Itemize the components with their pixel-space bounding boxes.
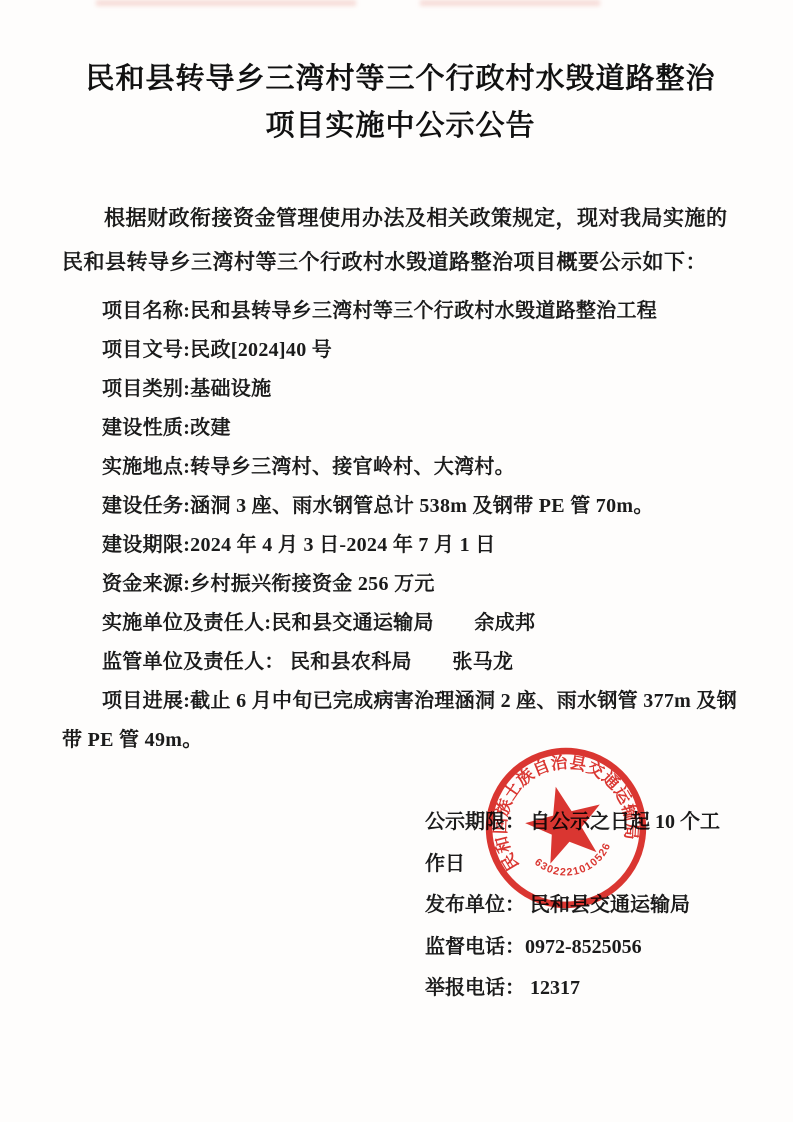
announcement-page: 民和县转导乡三湾村等三个行政村水毁道路整治 项目实施中公示公告 根据财政衔接资金… <box>0 0 793 1122</box>
report-phone-line: 举报电话： 12317 <box>425 968 739 1010</box>
field-construction-nature: 建设性质:改建 <box>62 409 739 448</box>
field-implementing-unit: 实施单位及责任人:民和县交通运输局 余成邦 <box>62 604 739 643</box>
field-label: 资金来源: <box>102 573 190 595</box>
field-label: 实施单位及责任人: <box>102 612 271 634</box>
intro-paragraph: 根据财政衔接资金管理使用办法及相关政策规定，现对我局实施的民和县转导乡三湾村等三… <box>62 196 739 284</box>
field-value: 2024 年 4 月 3 日-2024 年 7 月 1 日 <box>190 534 495 556</box>
publisher-line: 发布单位： 民和县交通运输局 <box>425 885 739 927</box>
footer-block: 公示期限： 自公示之日起 10 个工作日 发布单位： 民和县交通运输局 监督电话… <box>425 802 739 1010</box>
field-document-number: 项目文号:民政[2024]40 号 <box>62 331 739 370</box>
field-label: 建设任务: <box>102 495 190 517</box>
field-label: 实施地点: <box>102 456 190 478</box>
supervision-phone-line: 监督电话：0972-8525056 <box>425 927 739 969</box>
title-line-1: 民和县转导乡三湾村等三个行政村水毁道路整治 <box>85 63 715 95</box>
field-value: 基础设施 <box>190 378 271 400</box>
field-project-category: 项目类别:基础设施 <box>62 370 739 409</box>
field-supervising-unit: 监管单位及责任人： 民和县农科局 张马龙 <box>62 643 739 682</box>
field-implementation-site: 实施地点:转导乡三湾村、接官岭村、大湾村。 <box>62 448 739 487</box>
field-funding-source: 资金来源:乡村振兴衔接资金 256 万元 <box>62 565 739 604</box>
field-label: 建设期限: <box>102 534 190 556</box>
field-value: 转导乡三湾村、接官岭村、大湾村。 <box>190 456 515 478</box>
field-label: 项目进展: <box>102 690 190 712</box>
field-construction-period: 建设期限:2024 年 4 月 3 日-2024 年 7 月 1 日 <box>62 526 739 565</box>
field-value: 乡村振兴衔接资金 256 万元 <box>190 573 435 595</box>
page-title: 民和县转导乡三湾村等三个行政村水毁道路整治 项目实施中公示公告 <box>62 56 739 150</box>
field-label: 建设性质: <box>102 417 190 439</box>
field-project-name: 项目名称:民和县转导乡三湾村等三个行政村水毁道路整治工程 <box>62 292 739 331</box>
document-content: 民和县转导乡三湾村等三个行政村水毁道路整治 项目实施中公示公告 根据财政衔接资金… <box>62 0 739 1010</box>
title-line-2: 项目实施中公示公告 <box>265 110 535 142</box>
field-label: 项目类别: <box>102 378 190 400</box>
field-project-progress: 项目进展:截止 6 月中旬已完成病害治理涵洞 2 座、雨水钢管 377m 及钢带… <box>62 682 739 760</box>
field-value: 改建 <box>190 417 231 439</box>
field-value: 民和县转导乡三湾村等三个行政村水毁道路整治工程 <box>190 300 657 322</box>
field-value: 民政[2024]40 号 <box>190 339 332 361</box>
publicity-period-line: 公示期限： 自公示之日起 10 个工作日 <box>425 802 739 885</box>
field-value: 涵洞 3 座、雨水钢管总计 538m 及钢带 PE 管 70m。 <box>190 495 653 517</box>
field-label: 项目名称: <box>102 300 190 322</box>
field-label: 项目文号: <box>102 339 190 361</box>
field-construction-task: 建设任务:涵洞 3 座、雨水钢管总计 538m 及钢带 PE 管 70m。 <box>62 487 739 526</box>
field-list: 项目名称:民和县转导乡三湾村等三个行政村水毁道路整治工程 项目文号:民政[202… <box>62 292 739 760</box>
field-value: 民和县交通运输局 余成邦 <box>271 612 535 634</box>
field-value: 民和县农科局 张马龙 <box>285 651 514 673</box>
field-label: 监管单位及责任人： <box>102 651 285 673</box>
